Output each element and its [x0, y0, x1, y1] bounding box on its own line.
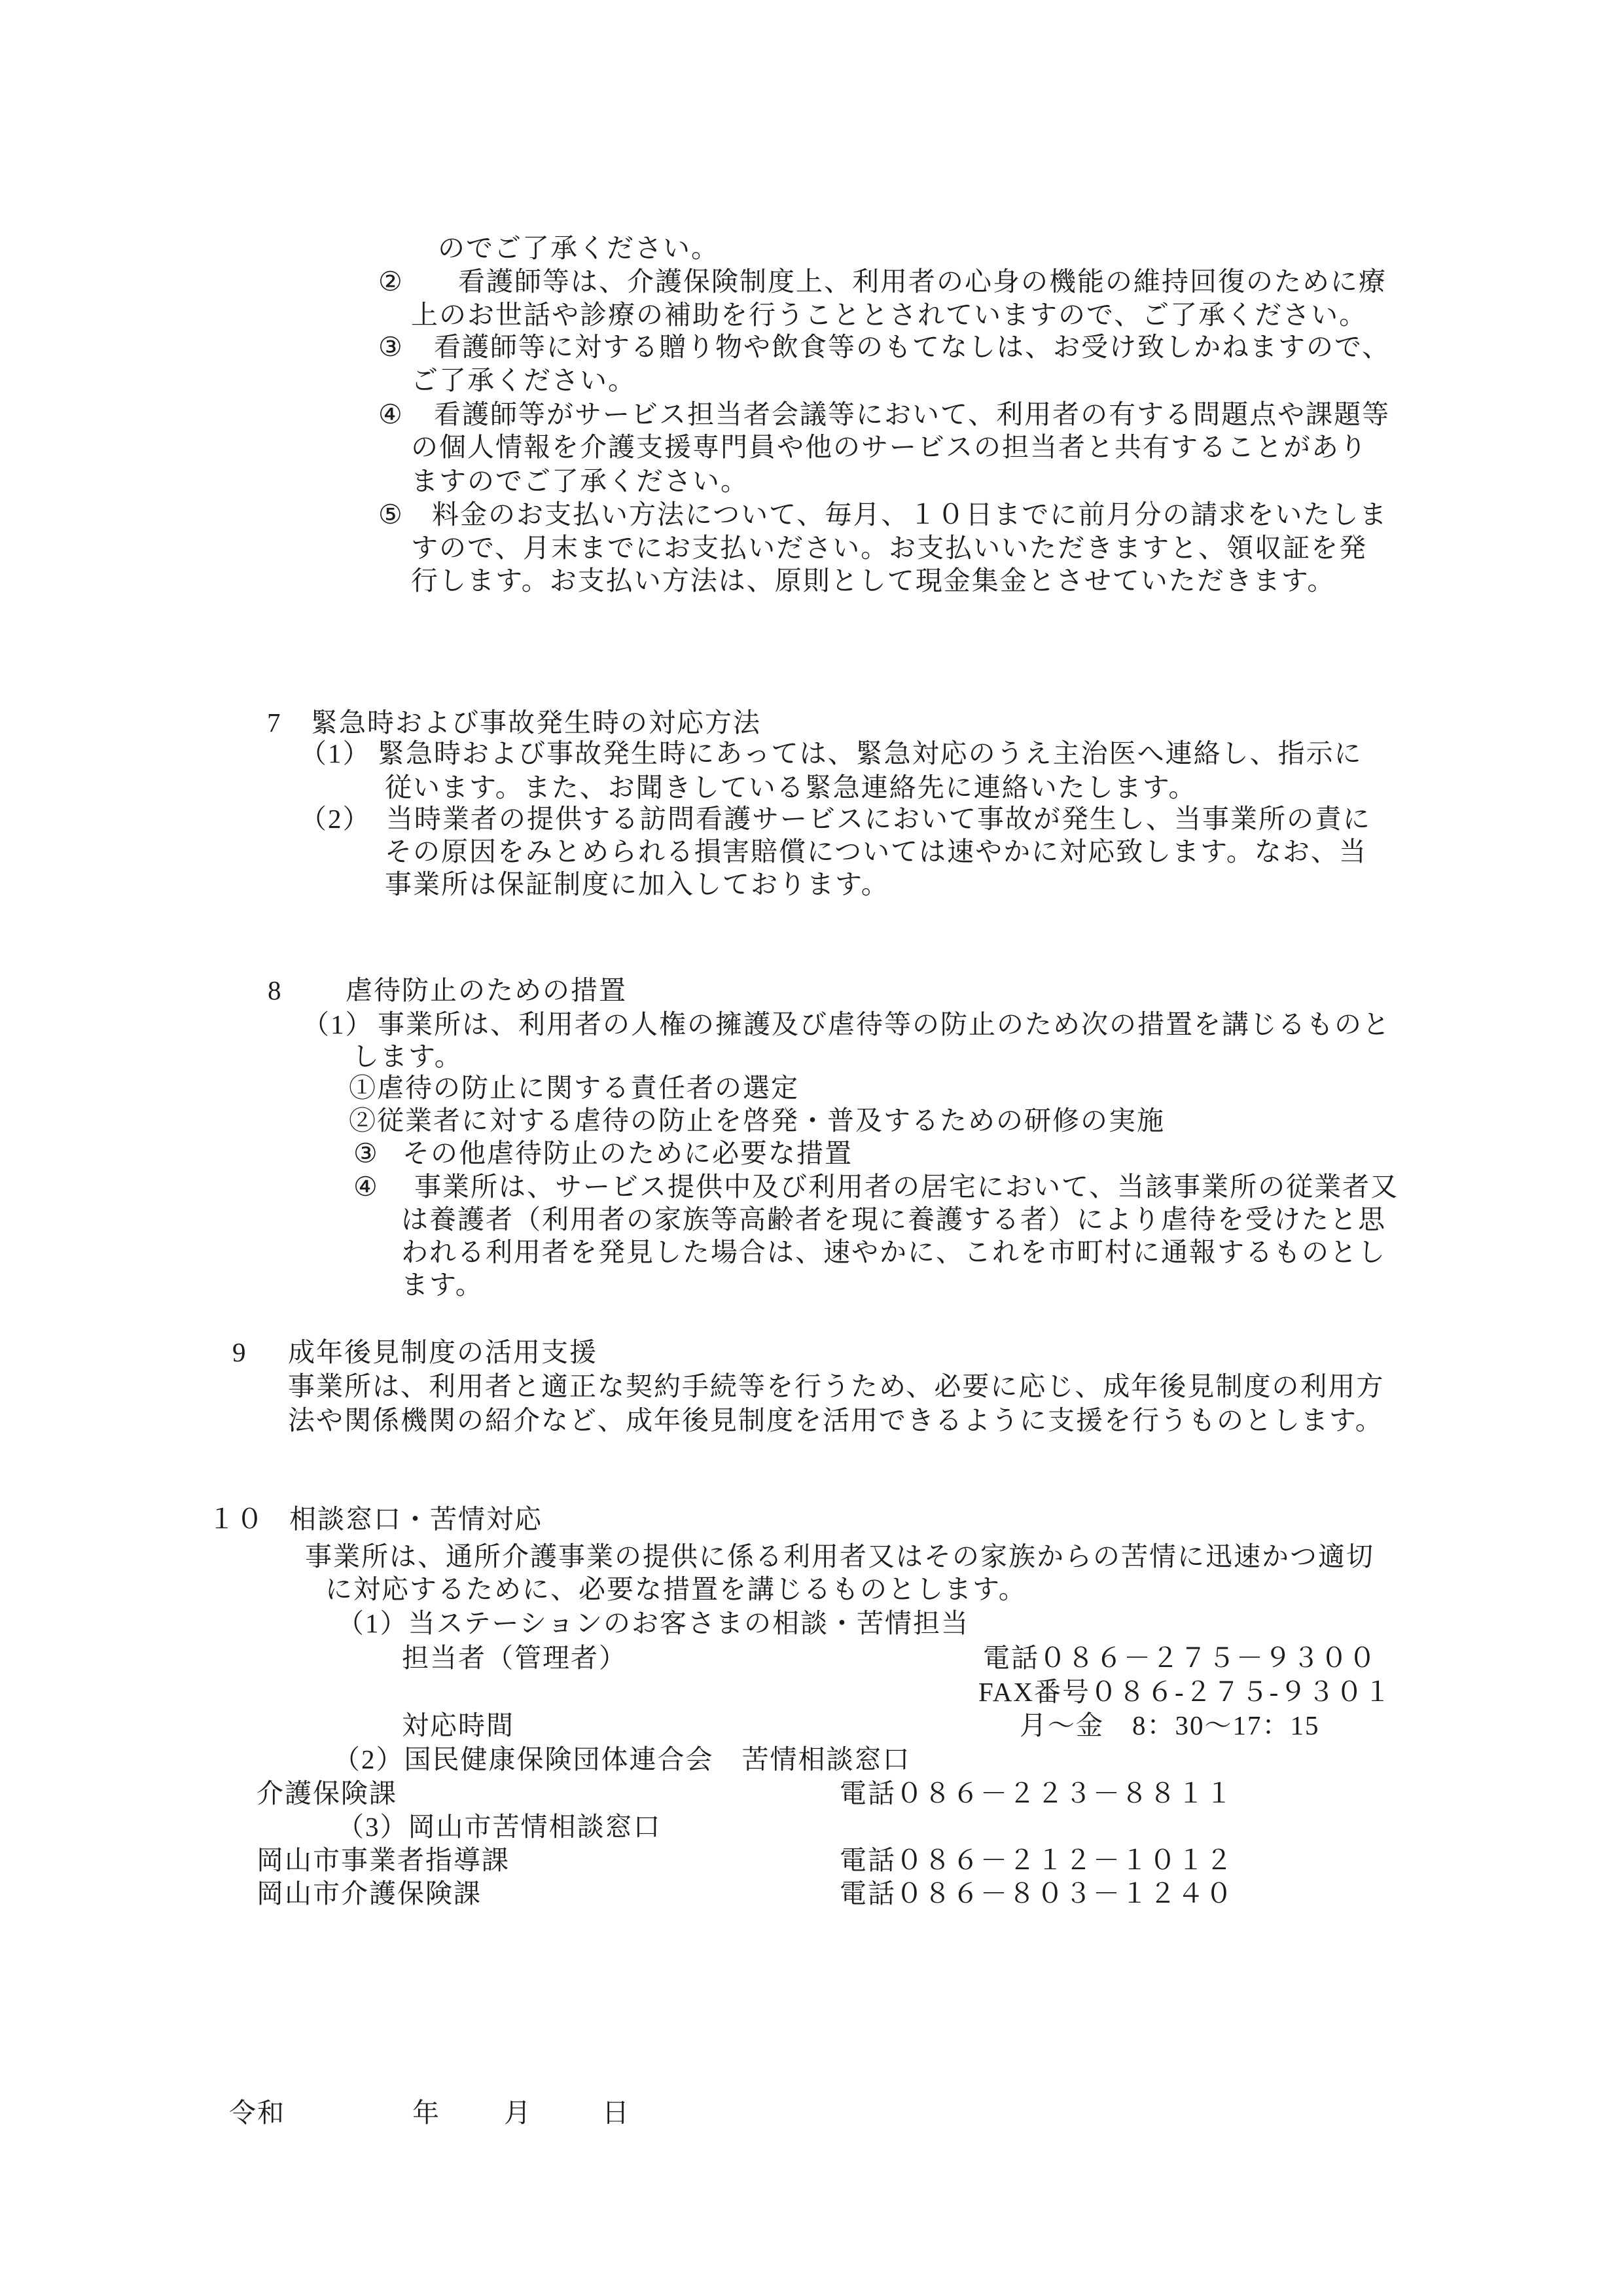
section-10-sub-1: （1）当ステーションのお客さまの相談・苦情担当 — [337, 1608, 969, 1639]
contact-manager-phone: 電話０８６－２７５－９３００ — [983, 1643, 1377, 1674]
section-8-point-4-marker: ④ — [353, 1172, 379, 1202]
section-8-sub-1-line-1: 事業所は、利用者の人権の擁護及び虐待等の防止のため次の措置を講じるものと — [378, 1009, 1391, 1040]
hours-value: 月～金 8：30～17：15 — [1020, 1710, 1320, 1741]
date-era: 令和 — [229, 2098, 285, 2128]
section-10-sub-2: （2）国民健康保険団体連合会 苦情相談窓口 — [333, 1744, 911, 1775]
date-day: 日 — [602, 2098, 630, 2128]
section-9-line-1: 事業所は、利用者と適正な契約手続等を行うため、必要に応じ、成年後見制度の利用方 — [288, 1371, 1384, 1402]
list-item-4-line-1: 看護師等がサービス担当者会議等において、利用者の有する問題点や課題等 — [434, 399, 1390, 430]
shi-kaigo-hokenka-phone: 電話０８６－８０３－１２４０ — [840, 1878, 1234, 1909]
section-7-sub-1-line-1: 緊急時および事故発生時にあっては、緊急対応のうえ主治医へ連絡し、指示に — [378, 738, 1363, 769]
jigyosha-shidoka-phone: 電話０８６－２１２－１０１２ — [840, 1845, 1234, 1876]
jigyosha-shidoka-label: 岡山市事業者指導課 — [257, 1845, 510, 1876]
section-8-point-3-marker: ③ — [353, 1138, 379, 1169]
section-9-number: 9 — [232, 1337, 250, 1368]
kaigo-hokenka-phone: 電話０８６－２２３－８８１１ — [840, 1778, 1234, 1809]
section-8-sub-1-marker: （1） — [302, 1009, 374, 1040]
section-7-sub-2-marker: （2） — [300, 804, 371, 834]
list-item-4-line-2: の個人情報を介護支援専門員や他のサービスの担当者と共有することがあり — [411, 432, 1368, 463]
section-8-point-4-line-2: は養護者（利用者の家族等高齢者を現に養護する者）により虐待を受けたと思 — [401, 1204, 1386, 1235]
section-7-sub-1-line-2: 従います。また、お聞きしている緊急連絡先に連絡いたします。 — [385, 772, 1196, 803]
kaigo-hokenka-label: 介護保険課 — [257, 1778, 397, 1809]
list-item-2-marker: ② — [378, 266, 404, 297]
section-7-sub-2-line-2: その原因をみとめられる損害賠償については速やかに対応致します。なお、当 — [385, 836, 1367, 867]
section-8-sub-1-line-2: します。 — [352, 1041, 463, 1072]
section-8-point-3-text: その他虐待防止のために必要な措置 — [402, 1138, 853, 1169]
list-item-5-line-1: 料金のお支払い方法について、毎月、１０日までに前月分の請求をいたしま — [432, 499, 1387, 530]
section-10-line-2: に対応するために、必要な措置を講じるものとします。 — [325, 1574, 1027, 1605]
list-item-5-marker: ⑤ — [378, 499, 404, 530]
section-10-line-1: 事業所は、通所介護事業の提供に係る利用者又はその家族からの苦情に迅速かつ適切 — [305, 1541, 1374, 1572]
document-page: のでご了承ください。 ② 看護師等は、介護保険制度上、利用者の心身の機能の維持回… — [0, 0, 1623, 2296]
section-7-number: 7 — [267, 708, 285, 738]
hours-label: 対応時間 — [402, 1710, 514, 1741]
section-10-sub-3: （3）岡山市苦情相談窓口 — [337, 1812, 662, 1842]
section-8-point-1: ①虐待の防止に関する責任者の選定 — [349, 1073, 799, 1103]
list-item-4-line-3: ますのでご了承ください。 — [411, 466, 749, 497]
contact-manager-label: 担当者（管理者） — [402, 1643, 627, 1674]
section-9-line-2: 法や関係機関の紹介など、成年後見制度を活用できるように支援を行うものとします。 — [288, 1405, 1383, 1436]
list-item-3-line-2: ご了承ください。 — [411, 365, 636, 396]
list-item-4-marker: ④ — [378, 399, 404, 430]
list-item-3-marker: ③ — [378, 332, 404, 363]
date-month: 月 — [504, 2098, 532, 2128]
section-8-point-4-line-4: ます。 — [401, 1270, 484, 1300]
list-tail-line: のでご了承ください。 — [438, 233, 719, 264]
section-7-sub-2-line-1: 当時業者の提供する訪問看護サービスにおいて事故が発生し、当事業所の責に — [386, 804, 1371, 834]
section-9-title: 成年後見制度の活用支援 — [288, 1337, 597, 1368]
list-item-5-line-3: 行します。お支払い方法は、原則として現金集金とさせていただきます。 — [411, 565, 1335, 596]
list-item-2-line-2: 上のお世話や診療の補助を行うこととされていますので、ご了承ください。 — [411, 300, 1367, 331]
section-7-title: 緊急時および事故発生時の対応方法 — [311, 708, 761, 738]
contact-manager-fax: FAX番号０８６-２７５-９３０１ — [978, 1677, 1392, 1708]
section-7-sub-1-marker: （1） — [300, 738, 371, 769]
section-7-sub-2-line-3: 事業所は保証制度に加入しております。 — [385, 869, 889, 900]
section-8-point-2: ②従業者に対する虐待の防止を啓発・普及するための研修の実施 — [349, 1105, 1165, 1136]
section-10-title: 相談窓口・苦情対応 — [289, 1504, 543, 1535]
list-item-5-line-2: すので、月末までにお支払いださい。お支払いいただきますと、領収証を発 — [411, 533, 1367, 564]
date-year: 年 — [412, 2098, 440, 2128]
list-item-2-line-1: 看護師等は、介護保険制度上、利用者の心身の機能の維持回復のために療 — [458, 266, 1387, 297]
list-item-3-line-1: 看護師等に対する贈り物や飲食等のもてなしは、お受け致しかねますので、 — [434, 332, 1390, 363]
section-8-number: 8 — [268, 975, 285, 1006]
shi-kaigo-hokenka-label: 岡山市介護保険課 — [257, 1878, 482, 1909]
section-10-number: １０ — [208, 1504, 264, 1535]
section-8-title: 虐待防止のための措置 — [346, 975, 627, 1006]
section-8-point-4-line-1: 事業所は、サービス提供中及び利用者の居宅において、当該事業所の従業者又 — [414, 1172, 1399, 1202]
section-8-point-4-line-3: われる利用者を発見した場合は、速やかに、これを市町村に通報するものとし — [401, 1237, 1386, 1268]
